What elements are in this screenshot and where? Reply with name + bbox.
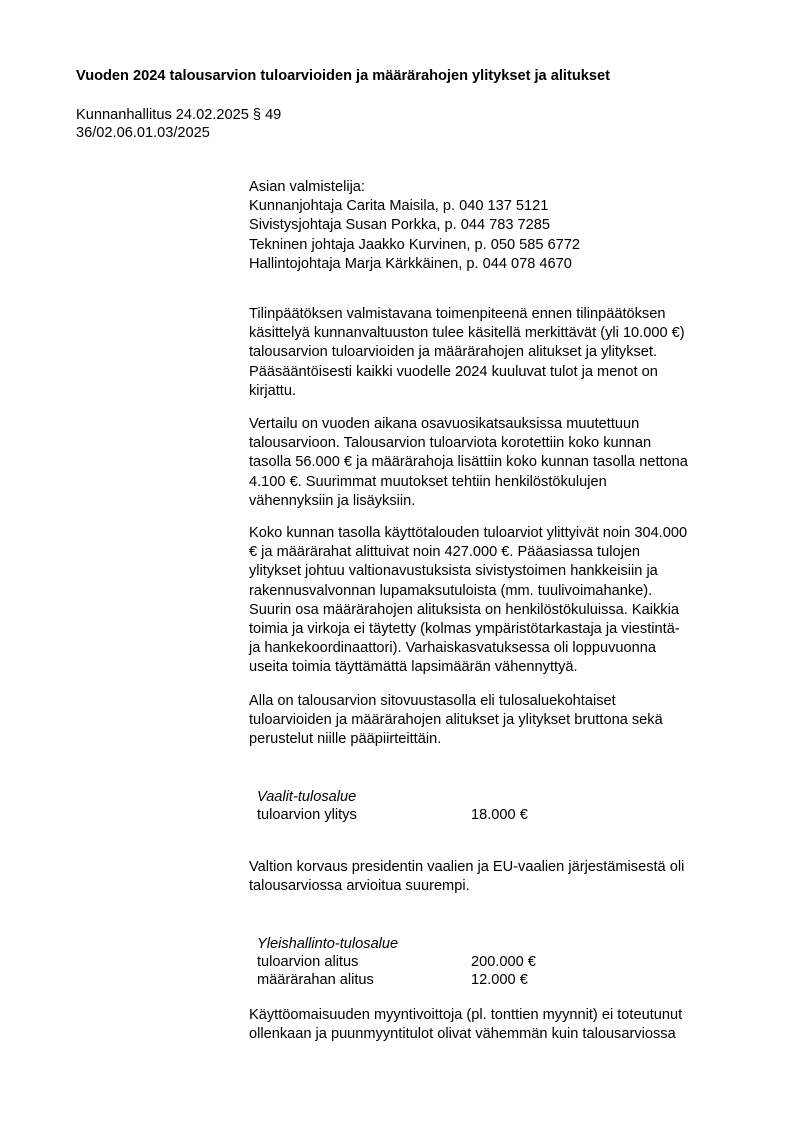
section-vaalit-explanation: Valtion korvaus presidentin vaalien ja E… (249, 858, 749, 896)
meeting-meta: Kunnanhallitus 24.02.2025 § 49 36/02.06.… (76, 106, 281, 142)
preparer-line: Kunnanjohtaja Carita Maisila, p. 040 137… (249, 197, 749, 216)
preparer-line: Hallintojohtaja Marja Kärkkäinen, p. 044… (249, 255, 749, 274)
paragraph-2: Vertailu on vuoden aikana osavuosikatsau… (249, 415, 749, 511)
paragraph-4: Alla on talousarvion sitovuustasolla eli… (249, 692, 749, 750)
section-title: Vaalit-tulosalue (249, 788, 749, 806)
document-title: Vuoden 2024 talousarvion tuloarvioiden j… (76, 68, 610, 84)
section-vaalit: Vaalit-tulosalue tuloarvion ylitys 18.00… (249, 788, 749, 824)
figure-label: määrärahan alitus (257, 971, 374, 989)
reference-number: 36/02.06.01.03/2025 (76, 124, 281, 142)
figure-label: tuloarvion ylitys (257, 806, 357, 824)
figure-row: määrärahan alitus 12.000 € (249, 971, 749, 989)
section-yleishallinto: Yleishallinto-tulosalue tuloarvion alitu… (249, 935, 749, 989)
paragraph-3: Koko kunnan tasolla käyttötalouden tuloa… (249, 524, 749, 678)
figure-row: tuloarvion alitus 200.000 € (249, 953, 749, 971)
preparers-block: Asian valmistelija: Kunnanjohtaja Carita… (249, 178, 749, 274)
figure-value: 200.000 € (471, 953, 536, 971)
figure-label: tuloarvion alitus (257, 953, 358, 971)
paragraph-1: Tilinpäätöksen valmistavana toimenpiteen… (249, 305, 749, 401)
section-title: Yleishallinto-tulosalue (249, 935, 749, 953)
section-yleishallinto-explanation: Käyttöomaisuuden myyntivoittoja (pl. ton… (249, 1006, 749, 1044)
figure-row: tuloarvion ylitys 18.000 € (249, 806, 749, 824)
preparer-line: Sivistysjohtaja Susan Porkka, p. 044 783… (249, 216, 749, 235)
figure-value: 18.000 € (471, 806, 528, 824)
meeting-body-date: Kunnanhallitus 24.02.2025 § 49 (76, 106, 281, 124)
preparer-line: Tekninen johtaja Jaakko Kurvinen, p. 050… (249, 236, 749, 255)
figure-value: 12.000 € (471, 971, 528, 989)
preparers-heading: Asian valmistelija: (249, 178, 749, 197)
